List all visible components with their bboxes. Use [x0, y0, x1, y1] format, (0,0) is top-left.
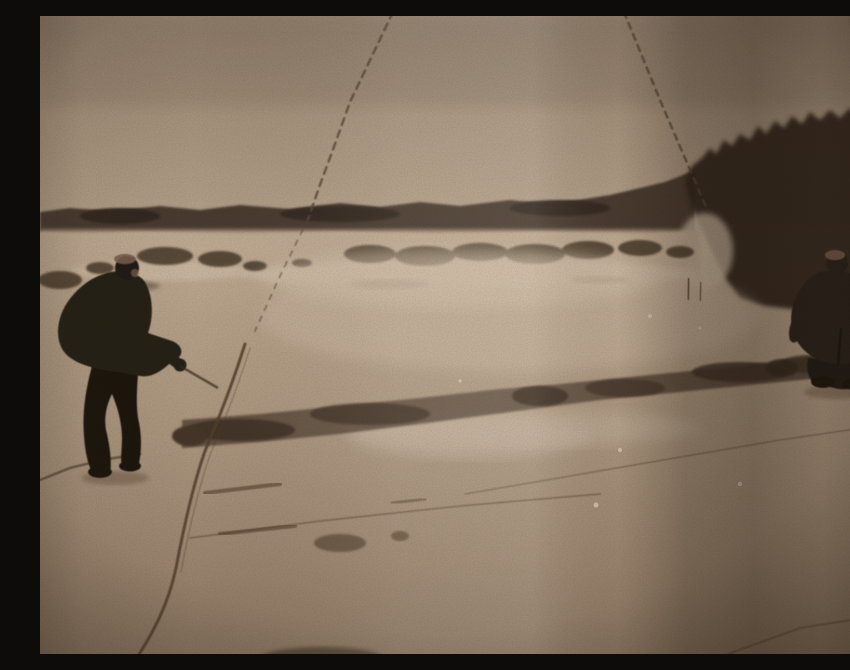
- film-grain: [40, 16, 850, 654]
- sepia-photograph: [40, 16, 850, 654]
- photo-frame: Archival sepia photograph — ice harvesti…: [40, 16, 850, 654]
